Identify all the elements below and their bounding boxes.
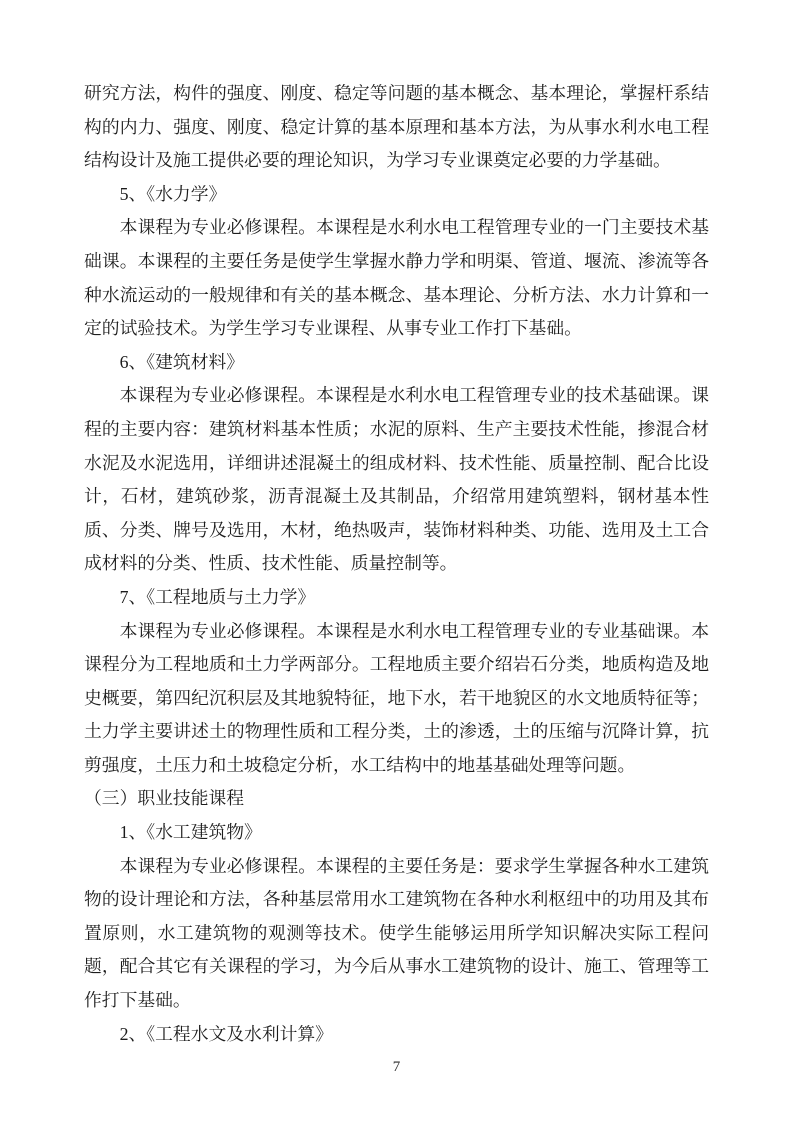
body-paragraph: 本课程为专业必修课程。本课程是水利水电工程管理专业的专业基础课。本课程分为工程地… [84, 615, 709, 783]
body-paragraph: 本课程为专业必修课程。本课程是水利水电工程管理专业的一门主要技术基础课。本课程的… [84, 211, 709, 345]
course-title-heading: 5、《水力学》 [84, 178, 709, 212]
course-title-heading: 7、《工程地质与土力学》 [84, 581, 709, 615]
course-title-heading: 2、《工程水文及水利计算》 [84, 1018, 709, 1052]
document-page: 研究方法，构件的强度、刚度、稳定等问题的基本概念、基本理论，掌握杆系结构的内力、… [0, 0, 793, 1122]
body-paragraph: 本课程为专业必修课程。本课程是水利水电工程管理专业的技术基础课。课程的主要内容：… [84, 379, 709, 581]
section-heading: （三）职业技能课程 [84, 782, 709, 816]
course-title-heading: 1、《水工建筑物》 [84, 816, 709, 850]
body-paragraph: 本课程为专业必修课程。本课程的主要任务是：要求学生掌握各种水工建筑物的设计理论和… [84, 850, 709, 1018]
document-body: 研究方法，构件的强度、刚度、稳定等问题的基本概念、基本理论，掌握杆系结构的内力、… [84, 77, 709, 1051]
body-paragraph: 研究方法，构件的强度、刚度、稳定等问题的基本概念、基本理论，掌握杆系结构的内力、… [84, 77, 709, 178]
page-number: 7 [0, 1058, 793, 1076]
course-title-heading: 6、《建筑材料》 [84, 346, 709, 380]
